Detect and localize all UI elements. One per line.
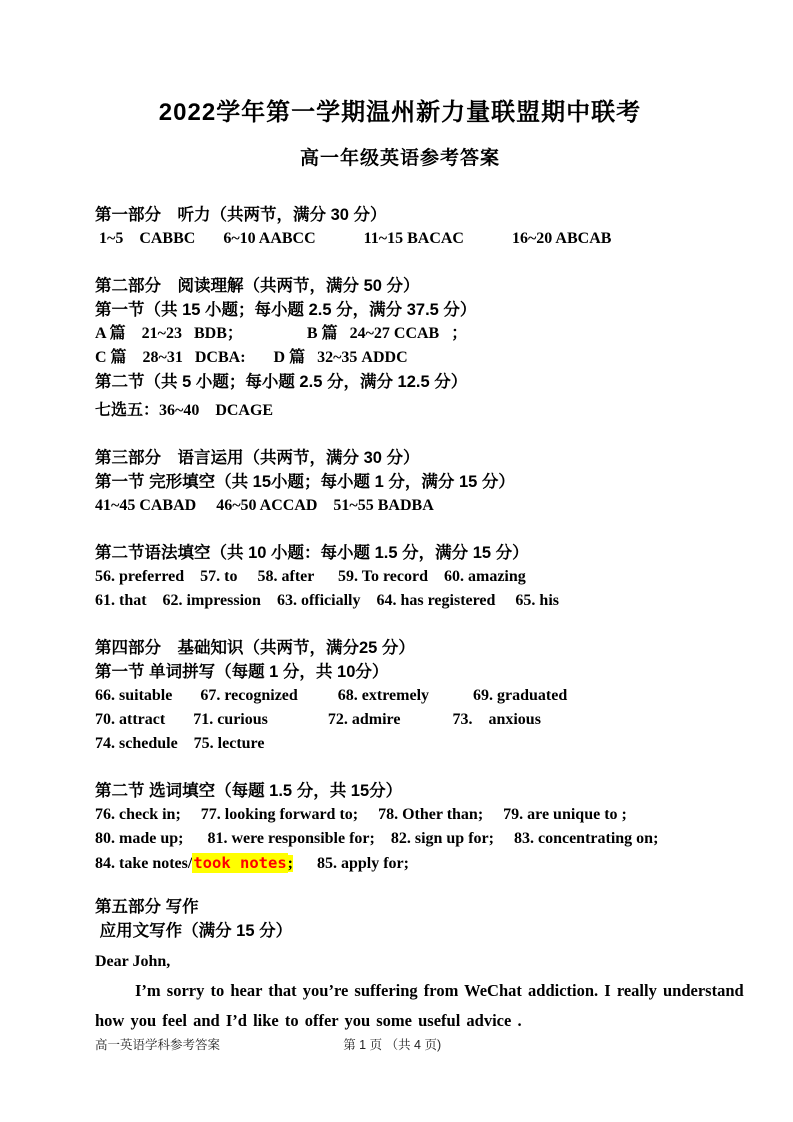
reading-section1-header: 第一节（共 15 小题；每小题 2.5 分，满分 37.5 分） (95, 298, 705, 322)
essay-line-2: how you feel and I’d like to offer you s… (95, 1006, 705, 1036)
cloze-answers: 41~45 CABAD 46~50 ACCAD 51~55 BADBA (95, 494, 705, 518)
language-use-header: 第三部分 语言运用（共两节，满分 30 分） (95, 446, 705, 470)
grammar-header: 第二节语法填空（共 10 小题：每小题 1.5 分，满分 15 分） (95, 541, 705, 565)
listening-answers: 1~5 CABBC 6~10 AABCC 11~15 BACAC 16~20 A… (95, 227, 705, 251)
grammar-answers-line2: 61. that 62. impression 63. officially 6… (95, 589, 705, 613)
phrase-85-answer: 85. apply for; (293, 855, 409, 872)
section-language-use: 第三部分 语言运用（共两节，满分 30 分） 第一节 完形填空（共 15小题；每… (95, 446, 705, 518)
reading-section2-header: 第二节（共 5 小题；每小题 2.5 分，满分 12.5 分） (95, 370, 705, 394)
phrase-answers-line2: 80. made up; 81. were responsible for; 8… (95, 827, 705, 851)
spelling-answers-line3: 74. schedule 75. lecture (95, 732, 705, 756)
phrase-answers-line1: 76. check in; 77. looking forward to; 78… (95, 803, 705, 827)
page-footer: 高一英语学科参考答案 第 1 页 （共 4 页) (95, 1036, 705, 1054)
section-basics: 第四部分 基础知识（共两节，满分25 分） 第一节 单词拼写（每题 1 分，共 … (95, 636, 705, 756)
cloze-header: 第一节 完形填空（共 15小题；每小题 1 分，满分 15 分） (95, 470, 705, 494)
reading-passage-cd-answers: C 篇 28~31 DCBA: D 篇 32~35 ADDC (95, 346, 705, 370)
spelling-answers-line2: 70. attract 71. curious 72. admire 73. a… (95, 708, 705, 732)
footer-document-label: 高一英语学科参考答案 (95, 1038, 220, 1052)
essay-salutation: Dear John, (95, 950, 705, 974)
phrase-header: 第二节 选词填空（每题 1.5 分，共 15分） (95, 779, 705, 803)
phrase-answers-line3: 84. take notes/took notes; 85. apply for… (95, 851, 705, 876)
essay-body: I’m sorry to hear that you’re suffering … (95, 976, 705, 1036)
section-listening: 第一部分 听力（共两节，满分 30 分） 1~5 CABBC 6~10 AABC… (95, 203, 705, 251)
reading-header: 第二部分 阅读理解（共两节，满分 50 分） (95, 274, 705, 298)
reading-passage-ab-answers: A 篇 21~23 BDB； B 篇 24~27 CCAB ； (95, 322, 705, 346)
spelling-answers-line1: 66. suitable 67. recognized 68. extremel… (95, 684, 705, 708)
footer-page-indicator: 第 1 页 （共 4 页) (343, 1036, 441, 1054)
document-title: 2022学年第一学期温州新力量联盟期中联考 (95, 96, 705, 130)
writing-subheader: 应用文写作（满分 15 分） (95, 919, 705, 943)
listening-header: 第一部分 听力（共两节，满分 30 分） (95, 203, 705, 227)
writing-header: 第五部分 写作 (95, 895, 705, 919)
basics-header: 第四部分 基础知识（共两节，满分25 分） (95, 636, 705, 660)
spelling-header: 第一节 单词拼写（每题 1 分，共 10分） (95, 660, 705, 684)
section-reading: 第二部分 阅读理解（共两节，满分 50 分） 第一节（共 15 小题；每小题 2… (95, 274, 705, 423)
reading-seven-choose-five-answers: 七选五：36~40 DCAGE (95, 399, 705, 423)
document-subtitle: 高一年级英语参考答案 (95, 146, 705, 172)
section-grammar-fill: 第二节语法填空（共 10 小题：每小题 1.5 分，满分 15 分） 56. p… (95, 541, 705, 613)
answer-key-page: 2022学年第一学期温州新力量联盟期中联考 高一年级英语参考答案 第一部分 听力… (0, 0, 793, 1122)
highlighted-answer: took notes (192, 853, 287, 873)
section-phrase-fill: 第二节 选词填空（每题 1.5 分，共 15分） 76. check in; 7… (95, 779, 705, 876)
section-writing: 第五部分 写作 应用文写作（满分 15 分） Dear John, I’m so… (95, 895, 705, 1036)
grammar-answers-line1: 56. preferred 57. to 58. after 59. To re… (95, 565, 705, 589)
essay-line-1: I’m sorry to hear that you’re suffering … (95, 976, 705, 1006)
phrase-84-prefix: 84. take notes/ (95, 855, 192, 872)
